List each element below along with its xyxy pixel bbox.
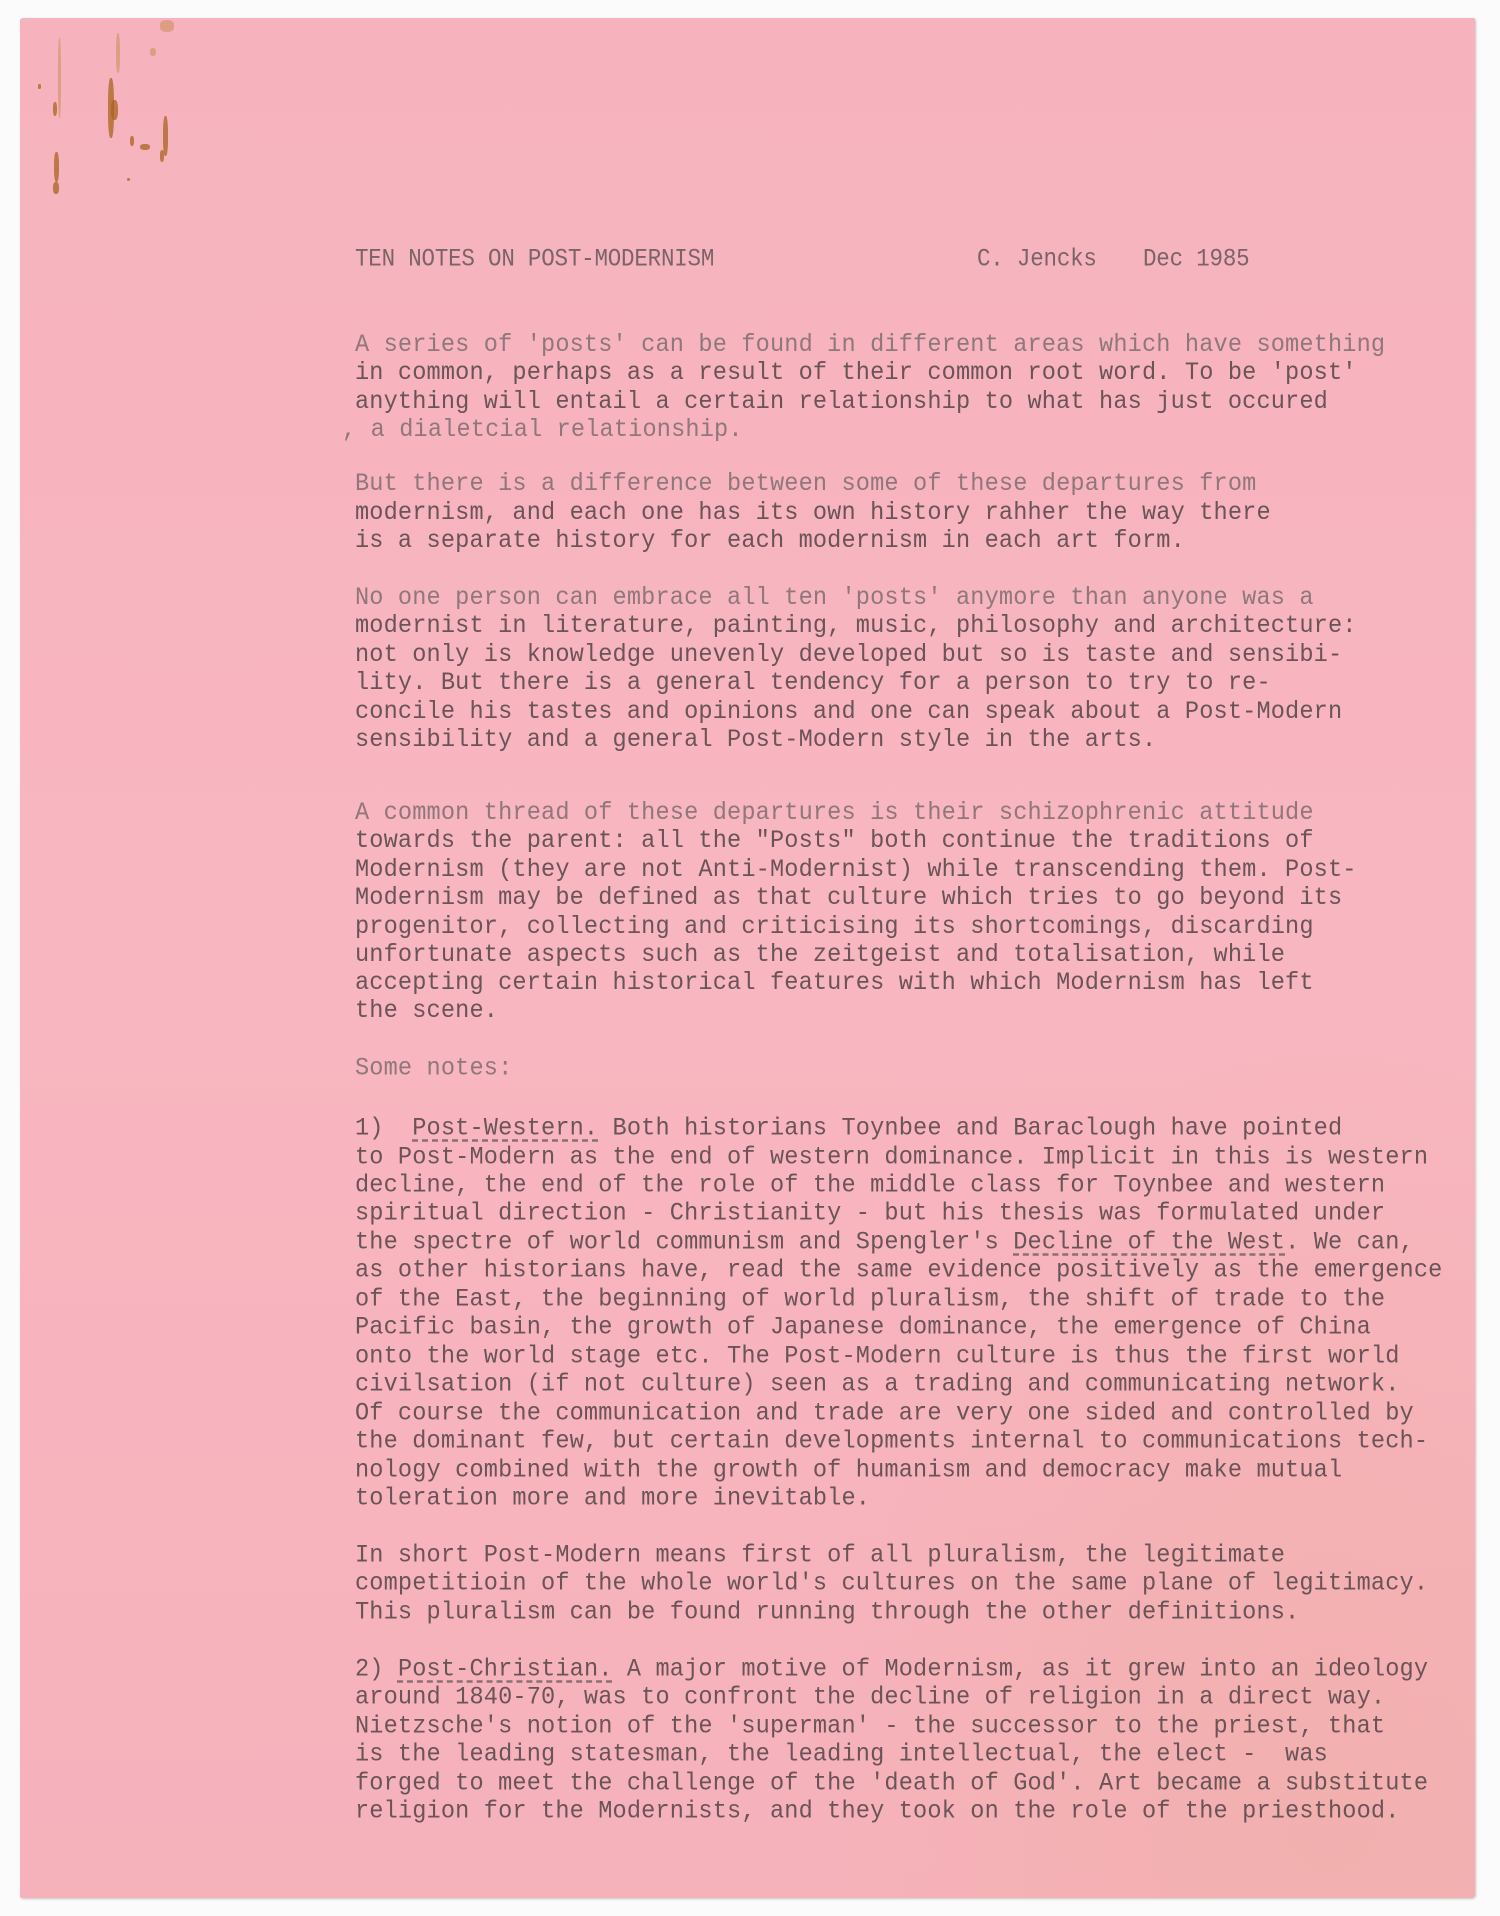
book-title: Decline of the West: [1013, 1228, 1285, 1256]
text-line: the scene.: [355, 997, 498, 1026]
text-line: the dominant few, but certain developmen…: [355, 1427, 1428, 1456]
text-line: unfortunate aspects such as the zeitgeis…: [355, 941, 1285, 970]
note-heading-line: 2) Post-Christian. A major motive of Mod…: [355, 1655, 1428, 1684]
text-line: towards the parent: all the "Posts" both…: [355, 827, 1314, 856]
section-label-some-notes: Some notes:: [355, 1054, 512, 1083]
text-line: accepting certain historical features wi…: [355, 969, 1314, 998]
text-line: concile his tastes and opinions and one …: [355, 698, 1342, 727]
text-line: This pluralism can be found running thro…: [355, 1598, 1299, 1627]
text-line: sensibility and a general Post-Modern st…: [355, 726, 1156, 755]
note-heading: Post-Christian.: [398, 1655, 613, 1683]
text-line: , a dialetcial relationship.: [342, 416, 743, 445]
text-line: is the leading statesman, the leading in…: [355, 1740, 1328, 1769]
text-line: No one person can embrace all ten 'posts…: [355, 584, 1314, 613]
text-line: not only is knowledge unevenly developed…: [355, 641, 1342, 670]
note-heading: Post-Western.: [412, 1114, 598, 1142]
text-line: civilsation (if not culture) seen as a t…: [355, 1370, 1400, 1399]
text-line: nology combined with the growth of human…: [355, 1456, 1342, 1485]
text-line: forged to meet the challenge of the 'dea…: [355, 1769, 1428, 1798]
text-line: But there is a difference between some o…: [355, 470, 1256, 499]
text-line: anything will entail a certain relations…: [355, 388, 1328, 417]
text-line: Nietzsche's notion of the 'superman' - t…: [355, 1712, 1385, 1741]
text-fragment: . We can,: [1285, 1228, 1414, 1256]
text-line: Modernism may be defined as that culture…: [355, 884, 1342, 913]
document-author: C. Jencks: [977, 244, 1097, 275]
text-line: Of course the communication and trade ar…: [355, 1399, 1414, 1428]
text-line: Modernism (they are not Anti-Modernist) …: [355, 856, 1357, 885]
text-line: around 1840-70, was to confront the decl…: [355, 1683, 1385, 1712]
text-line: as other historians have, read the same …: [355, 1256, 1442, 1285]
text-fragment: Both historians Toynbee and Baraclough h…: [598, 1114, 1342, 1142]
text-fragment: the spectre of world communism and Speng…: [355, 1228, 1013, 1256]
text-line: to Post-Modern as the end of western dom…: [355, 1143, 1428, 1172]
text-line: in common, perhaps as a result of their …: [355, 359, 1357, 388]
text-line: toleration more and more inevitable.: [355, 1484, 870, 1513]
text-line: decline, the end of the role of the midd…: [355, 1171, 1385, 1200]
note-number: 1): [355, 1114, 412, 1142]
text-line: competitioin of the whole world's cultur…: [355, 1569, 1428, 1598]
text-line: progenitor, collecting and criticising i…: [355, 913, 1314, 942]
text-line: the spectre of world communism and Speng…: [355, 1228, 1414, 1257]
text-line: of the East, the beginning of world plur…: [355, 1285, 1385, 1314]
text-line: lity. But there is a general tendency fo…: [355, 669, 1271, 698]
text-line: A common thread of these departures is t…: [355, 799, 1314, 828]
text-line: onto the world stage etc. The Post-Moder…: [355, 1342, 1400, 1371]
text-line: is a separate history for each modernism…: [355, 527, 1185, 556]
document-date: Dec 1985: [1143, 244, 1249, 275]
text-line: In short Post-Modern means first of all …: [355, 1541, 1285, 1570]
text-line: religion for the Modernists, and they to…: [355, 1797, 1400, 1826]
text-fragment: A major motive of Modernism, as it grew …: [613, 1655, 1429, 1683]
text-line: spiritual direction - Christianity - but…: [355, 1199, 1385, 1228]
text-line: Pacific basin, the growth of Japanese do…: [355, 1313, 1371, 1342]
text-line: modernist in literature, painting, music…: [355, 612, 1357, 641]
text-line: A series of 'posts' can be found in diff…: [355, 331, 1385, 360]
document-title: TEN NOTES ON POST-MODERNISM: [355, 244, 714, 275]
note-number: 2): [355, 1655, 398, 1683]
text-line: modernism, and each one has its own hist…: [355, 499, 1271, 528]
note-heading-line: 1) Post-Western. Both historians Toynbee…: [355, 1114, 1342, 1143]
